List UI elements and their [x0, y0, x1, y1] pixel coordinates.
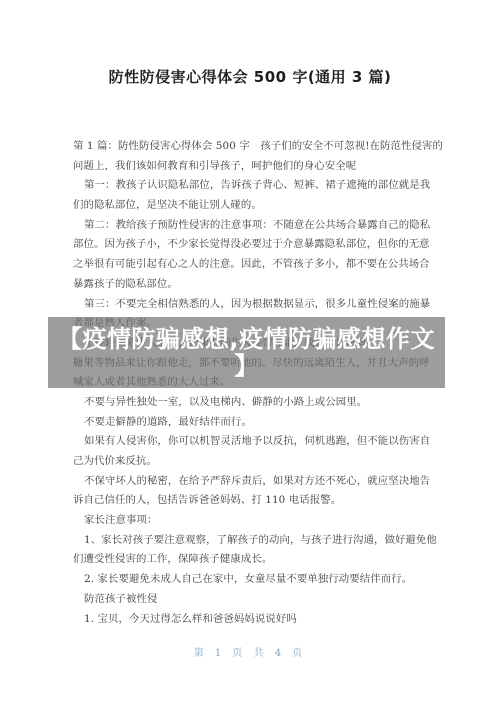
text-line: 2. 家长要避免未成人自己在家中，女童尽量不要单独行动要结伴而行。: [73, 570, 429, 590]
text-line: 1、家长对孩子要注意观察，了解孩子的动向，与孩子进行沟通，做好避免他: [73, 531, 429, 551]
text-line: 之举很有可能引起有心之人的注意。因此，不管孩子多小，都不要在公共场合: [73, 255, 429, 275]
text-line: 第三：不要完全相信熟悉的人，因为根据数据显示，很多儿童性侵案的施暴: [73, 295, 429, 315]
text-line: 防范孩子被性侵: [73, 590, 429, 610]
text-line: 们的隐私部位，是坚决不能让别人碰的。: [73, 196, 429, 216]
page-title: 防性防侵害心得体会 500 字(通用 3 篇): [0, 66, 500, 87]
watermark-text-line1: 【疫情防骗感想,疫情防骗感想作文: [58, 326, 435, 353]
watermark-overlay: 【疫情防骗感想,疫情防骗感想作文 】: [48, 317, 445, 388]
text-line: 不保守坏人的秘密，在给予严辞斥责后，如果对方还不死心，就应坚决地告: [73, 472, 429, 492]
text-line: 第二：教给孩子预防性侵害的注意事项：不随意在公共场合暴露自己的隐私: [73, 216, 429, 236]
text-line: 诉自己信任的人，包括告诉爸爸妈妈、打 110 电话报警。: [73, 491, 429, 511]
text-line: 1. 宝贝，今天过得怎么样和爸爸妈妈说说好吗: [73, 610, 429, 630]
text-line: 第一：教孩子认识隐私部位，告诉孩子背心、短裤、裙子遮掩的部位就是我: [73, 176, 429, 196]
text-line: 不要与异性独处一室，以及电梯内、僻静的小路上或公园里。: [73, 393, 429, 413]
text-line: 问题上，我们该如何教育和引导孩子，呵护他们的身心安全呢: [73, 157, 429, 177]
text-line: 第 1 篇：防性防侵害心得体会 500 字 孩子们的安全不可忽视!在防范性侵害的: [73, 137, 429, 157]
text-line: 暴露孩子的隐私部位。: [73, 275, 429, 295]
watermark-text-line2: 】: [234, 353, 259, 380]
text-line: 如果有人侵害你，你可以机智灵活地予以反抗，伺机逃跑，但不能以伤害自: [73, 432, 429, 452]
page-footer-pagination: 第 1 页 共 4 页: [0, 644, 500, 659]
text-line: 不要走僻静的道路，最好结伴而行。: [73, 413, 429, 433]
text-line: 部位。因为孩子小，不少家长觉得没必要过于介意暴露隐私部位，但你的无意: [73, 235, 429, 255]
document-page: 防性防侵害心得体会 500 字(通用 3 篇) 第 1 篇：防性防侵害心得体会 …: [0, 0, 500, 706]
text-line: 家长注意事项：: [73, 511, 429, 531]
text-line: 们遭受性侵害的工作，保障孩子健康成长。: [73, 550, 429, 570]
text-line: 己为代价来反抗。: [73, 452, 429, 472]
